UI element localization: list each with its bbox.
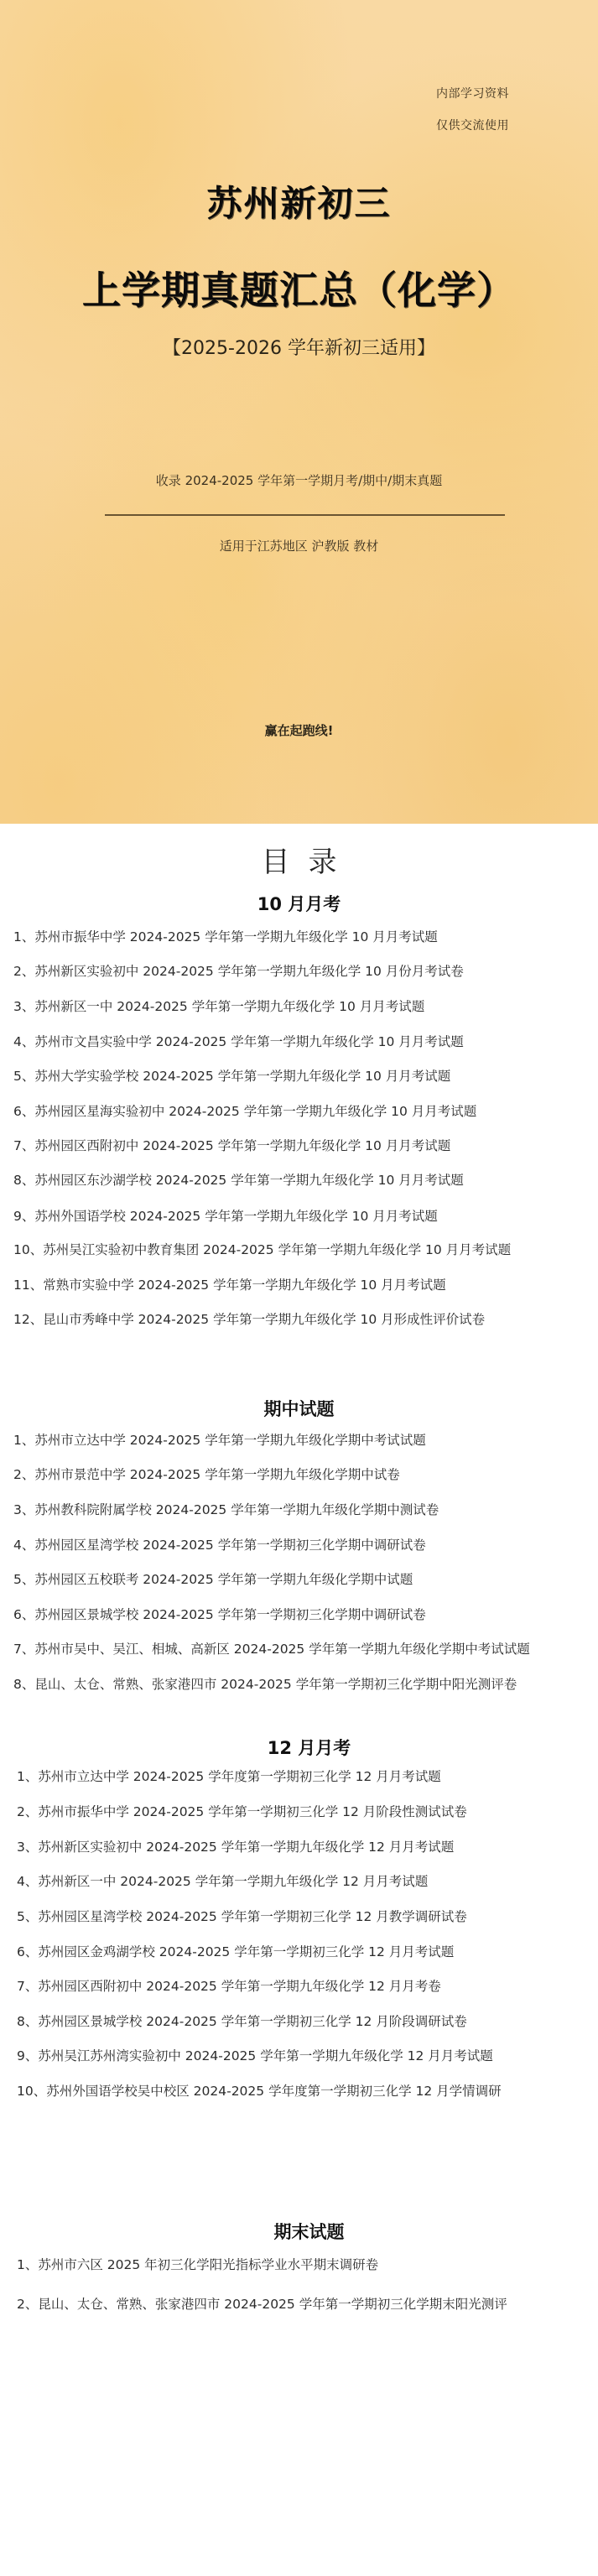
toc-item[interactable]: 8、昆山、太仓、常熟、张家港四市 2024-2025 学年第一学期初三化学期中阳… [13,1676,517,1693]
exchange-only-label: 仅供交流使用 [436,117,509,133]
collect-note: 收录 2024-2025 学年第一学期月考/期中/期末真题 [0,471,598,489]
toc-title: 目录 [0,839,598,880]
toc-item[interactable]: 4、苏州市文昌实验中学 2024-2025 学年第一学期九年级化学 10 月月考… [13,1033,464,1050]
toc-item[interactable]: 2、苏州新区实验初中 2024-2025 学年第一学期九年级化学 10 月份月考… [13,963,464,980]
toc-item[interactable]: 1、苏州市六区 2025 年初三化学阳光指标学业水平期末调研卷 [17,2256,378,2273]
toc-item[interactable]: 10、苏州吴江实验初中教育集团 2024-2025 学年第一学期九年级化学 10… [13,1241,511,1258]
toc-item[interactable]: 3、苏州新区实验初中 2024-2025 学年第一学期九年级化学 12 月月考试… [17,1839,454,1855]
toc-item[interactable]: 6、苏州园区金鸡湖学校 2024-2025 学年第一学期初三化学 12 月月考试… [17,1944,454,1960]
cover-page: 内部学习资料 仅供交流使用 苏州新初三 上学期真题汇总（化学） 【2025-20… [0,0,598,824]
cover-title-line1: 苏州新初三 [0,176,598,226]
toc-item[interactable]: 2、昆山、太仓、常熟、张家港四市 2024-2025 学年第一学期初三化学期末阳… [17,2296,507,2313]
toc-item[interactable]: 12、昆山市秀峰中学 2024-2025 学年第一学期九年级化学 10 月形成性… [13,1311,485,1328]
toc-item[interactable]: 9、苏州吴江苏州湾实验初中 2024-2025 学年第一学期九年级化学 12 月… [17,2048,493,2064]
apply-note: 适用于江苏地区 沪教版 教材 [0,537,598,554]
toc-item[interactable]: 6、苏州园区景城学校 2024-2025 学年第一学期初三化学期中调研试卷 [13,1606,426,1623]
toc-item[interactable]: 7、苏州市吴中、吴江、相城、高新区 2024-2025 学年第一学期九年级化学期… [13,1641,530,1657]
section-heading-final: 期末试题 [10,2219,598,2244]
section-heading-december: 12 月月考 [10,1735,598,1760]
internal-material-label: 内部学习资料 [436,85,509,101]
toc-item[interactable]: 4、苏州新区一中 2024-2025 学年第一学期九年级化学 12 月月考试题 [17,1873,428,1890]
toc-item[interactable]: 4、苏州园区星湾学校 2024-2025 学年第一学期初三化学期中调研试卷 [13,1537,426,1553]
section-heading-midterm: 期中试题 [0,1396,598,1421]
toc-item[interactable]: 8、苏州园区东沙湖学校 2024-2025 学年第一学期九年级化学 10 月月考… [13,1172,464,1189]
toc-item[interactable]: 1、苏州市立达中学 2024-2025 学年度第一学期初三化学 12 月月考试题 [17,1768,441,1785]
toc-item[interactable]: 5、苏州园区星湾学校 2024-2025 学年第一学期初三化学 12 月教学调研… [17,1908,467,1925]
toc-item[interactable]: 5、苏州园区五校联考 2024-2025 学年第一学期九年级化学期中试题 [13,1571,413,1588]
toc-item[interactable]: 1、苏州市振华中学 2024-2025 学年第一学期九年级化学 10 月月考试题 [13,929,438,945]
slogan: 赢在起跑线! [0,721,598,739]
toc-item[interactable]: 6、苏州园区星海实验初中 2024-2025 学年第一学期九年级化学 10 月月… [13,1103,476,1120]
toc-item[interactable]: 7、苏州园区西附初中 2024-2025 学年第一学期九年级化学 12 月月考卷 [17,1978,441,1995]
toc-item[interactable]: 2、苏州市振华中学 2024-2025 学年第一学期初三化学 12 月阶段性测试… [17,1803,467,1820]
divider [105,514,505,516]
toc-item[interactable]: 3、苏州教科院附属学校 2024-2025 学年第一学期九年级化学期中测试卷 [13,1501,439,1518]
cover-subtitle: 【2025-2026 学年新初三适用】 [0,334,598,360]
toc-item[interactable]: 8、苏州园区景城学校 2024-2025 学年第一学期初三化学 12 月阶段调研… [17,2013,467,2030]
section-heading-october: 10 月月考 [0,891,598,916]
toc-item[interactable]: 9、苏州外国语学校 2024-2025 学年第一学期九年级化学 10 月月考试题 [13,1208,438,1225]
cover-title-line2: 上学期真题汇总（化学） [0,260,598,315]
toc-item[interactable]: 1、苏州市立达中学 2024-2025 学年第一学期九年级化学期中考试试题 [13,1432,426,1449]
toc-item[interactable]: 2、苏州市景范中学 2024-2025 学年第一学期九年级化学期中试卷 [13,1466,400,1483]
toc-item[interactable]: 7、苏州园区西附初中 2024-2025 学年第一学期九年级化学 10 月月考试… [13,1137,450,1154]
toc-item[interactable]: 10、苏州外国语学校吴中校区 2024-2025 学年度第一学期初三化学 12 … [17,2083,502,2100]
toc-item[interactable]: 5、苏州大学实验学校 2024-2025 学年第一学期九年级化学 10 月月考试… [13,1068,450,1085]
toc-item[interactable]: 3、苏州新区一中 2024-2025 学年第一学期九年级化学 10 月月考试题 [13,998,424,1015]
toc-item[interactable]: 11、常熟市实验中学 2024-2025 学年第一学期九年级化学 10 月月考试… [13,1277,446,1293]
